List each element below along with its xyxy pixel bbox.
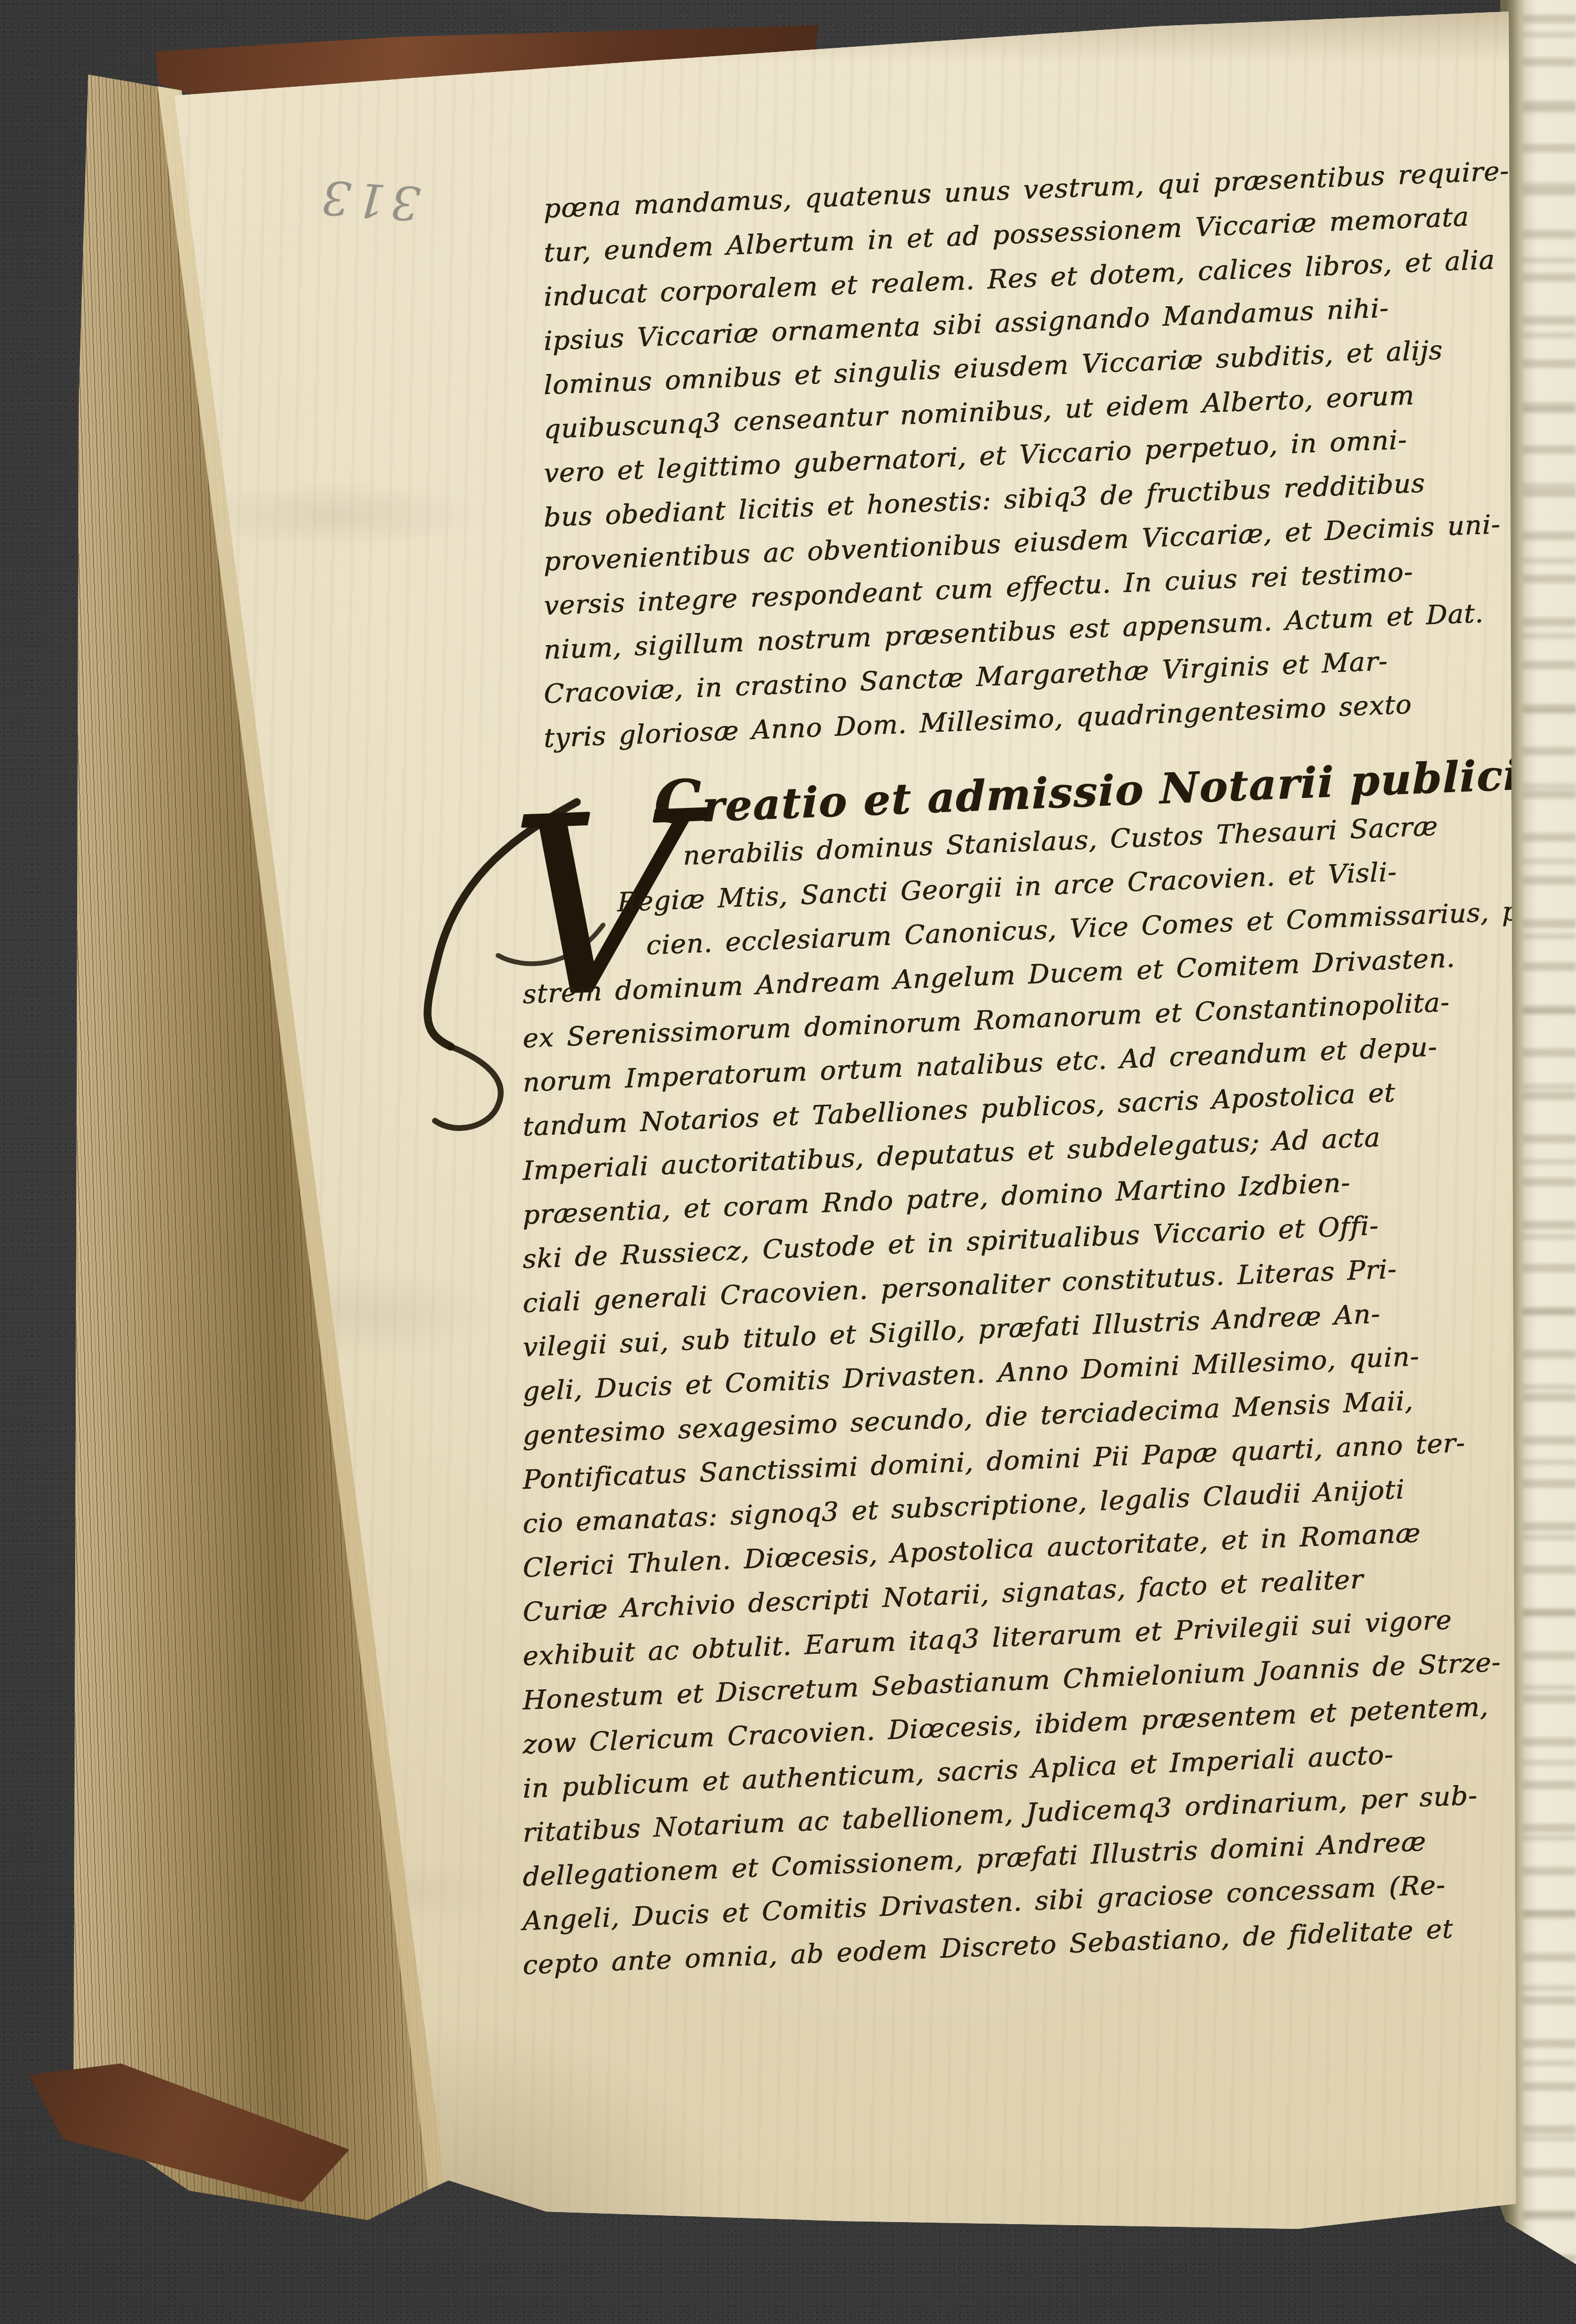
bleed-through-text bbox=[1522, 0, 1576, 2277]
paragraph-notary-creation: nerabilis dominus Stanislaus, Custos The… bbox=[523, 804, 1576, 1994]
manuscript-photo: 313 pœna mandamus, quatenus unus vestrum… bbox=[0, 0, 1576, 2324]
paragraph-vicarage-mandate: pœna mandamus, quatenus unus vestrum, qu… bbox=[544, 155, 1509, 767]
